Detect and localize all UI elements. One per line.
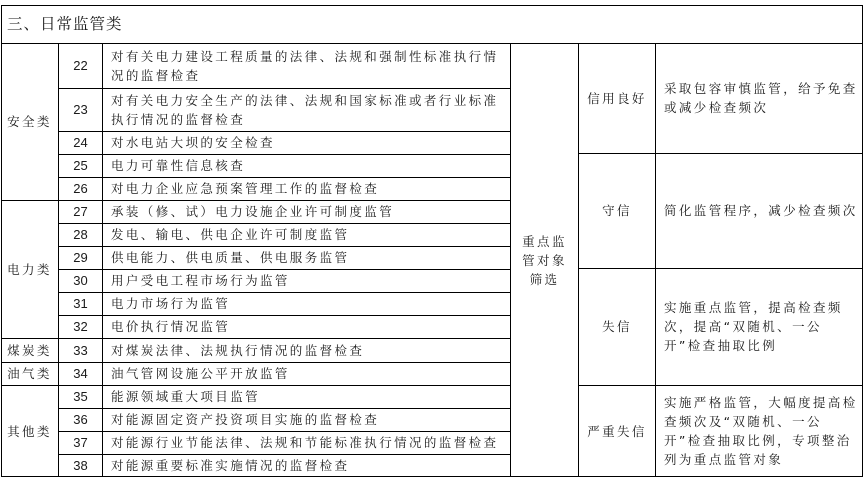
credit-level-untrustworthy: 失信 <box>579 268 655 385</box>
section-title: 三、日常监管类 <box>1 5 863 43</box>
credit-measure-untrustworthy: 实施重点监管，提高检查频次，提高“双随机、一公开”检查抽取比例 <box>656 268 863 385</box>
row-number: 36 <box>59 408 102 431</box>
row-number: 34 <box>59 362 102 385</box>
category-coal: 煤炭类 <box>1 338 58 362</box>
row-number: 29 <box>59 246 102 269</box>
row-item: 油气管网设施公平开放监管 <box>103 362 510 385</box>
row-item: 电力市场行为监管 <box>103 292 510 315</box>
row-number: 22 <box>59 43 102 88</box>
row-item: 对有关电力安全生产的法律、法规和国家标准或者行业标准执行情况的监督检查 <box>103 88 510 131</box>
credit-level-seriously-untrustworthy: 严重失信 <box>579 385 655 477</box>
row-item: 对煤炭法律、法规执行情况的监督检查 <box>103 338 510 362</box>
row-item: 用户受电工程市场行为监管 <box>103 269 510 292</box>
row-item: 承装（修、试）电力设施企业许可制度监管 <box>103 200 510 223</box>
row-item: 对能源固定资产投资项目实施的监督检查 <box>103 408 510 431</box>
row-number: 25 <box>59 154 102 177</box>
category-oil-gas: 油气类 <box>1 362 58 385</box>
credit-measure-trustworthy: 简化监管程序，减少检查频次 <box>656 153 863 268</box>
category-safety: 安全类 <box>1 43 58 200</box>
category-power: 电力类 <box>1 200 58 338</box>
row-item: 能源领域重大项目监管 <box>103 385 510 408</box>
credit-level-good: 信用良好 <box>579 43 655 153</box>
credit-measure-good: 采取包容审慎监管，给予免查或减少检查频次 <box>656 43 863 153</box>
row-item: 供电能力、供电质量、供电服务监管 <box>103 246 510 269</box>
row-item: 发电、输电、供电企业许可制度监管 <box>103 223 510 246</box>
row-number: 32 <box>59 315 102 338</box>
row-number: 23 <box>59 88 102 131</box>
row-number: 28 <box>59 223 102 246</box>
row-item: 电价执行情况监管 <box>103 315 510 338</box>
row-number: 37 <box>59 431 102 454</box>
row-number: 26 <box>59 177 102 200</box>
row-number: 24 <box>59 131 102 154</box>
row-item: 对电力企业应急预案管理工作的监督检查 <box>103 177 510 200</box>
row-item: 电力可靠性信息核查 <box>103 154 510 177</box>
row-number: 27 <box>59 200 102 223</box>
row-number: 38 <box>59 454 102 477</box>
screening-label: 重点监管对象筛选 <box>511 43 578 477</box>
row-item: 对能源行业节能法律、法规和节能标准执行情况的监督检查 <box>103 431 510 454</box>
credit-measure-seriously-untrustworthy: 实施严格监管，大幅度提高检查频次及“双随机、一公开”检查抽取比例，专项整治列为重… <box>656 385 863 477</box>
row-item: 对水电站大坝的安全检查 <box>103 131 510 154</box>
row-item: 对有关电力建设工程质量的法律、法规和强制性标准执行情况的监督检查 <box>103 43 510 88</box>
row-number: 31 <box>59 292 102 315</box>
row-number: 35 <box>59 385 102 408</box>
row-number: 30 <box>59 269 102 292</box>
category-other: 其他类 <box>1 385 58 477</box>
credit-level-trustworthy: 守信 <box>579 153 655 268</box>
row-item: 对能源重要标准实施情况的监督检查 <box>103 454 510 477</box>
row-number: 33 <box>59 338 102 362</box>
